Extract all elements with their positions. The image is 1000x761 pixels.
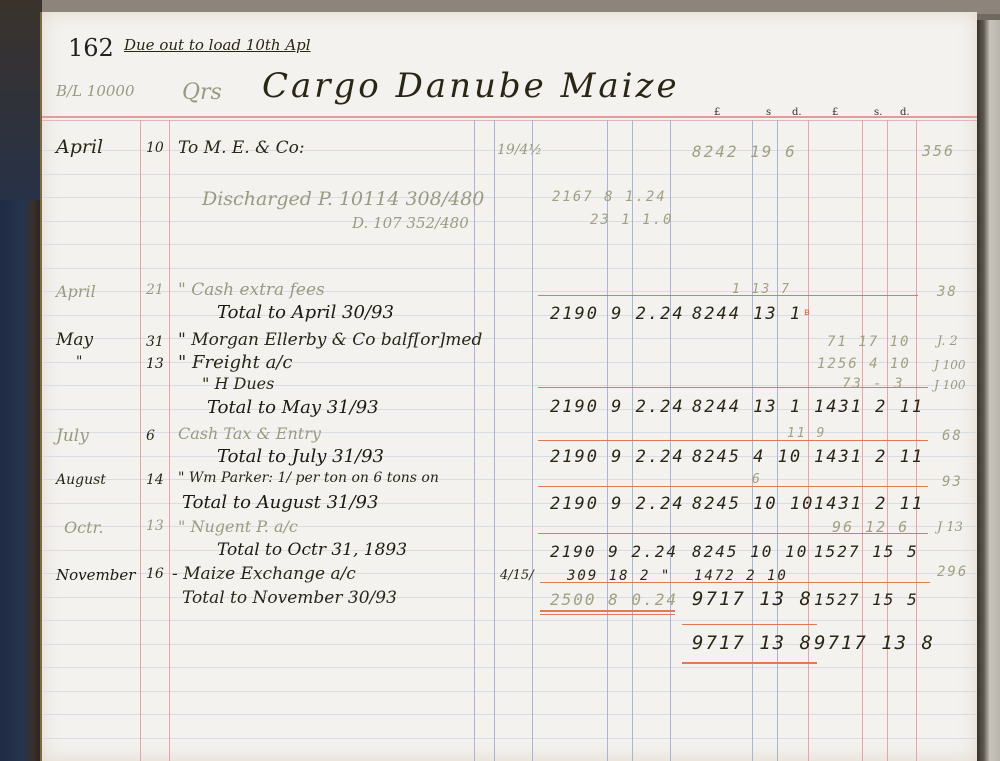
page-number: 162 <box>68 34 114 62</box>
per-label: Qrs <box>182 80 222 105</box>
col-shillings-2: s. <box>874 107 882 118</box>
page-edge <box>975 20 1000 761</box>
load-note: Due out to load 10th Apl <box>124 36 311 54</box>
bill-of-lading: B/L 10000 <box>56 82 135 100</box>
check-mark-icon: ʙ <box>804 307 810 318</box>
col-shillings-1: s <box>766 107 771 118</box>
book-spine-top <box>0 0 42 200</box>
ledger-page: 162 Due out to load 10th Apl B/L 10000 Q… <box>40 12 977 761</box>
col-pence-1: d. <box>792 107 802 118</box>
ledger-title: Cargo Danube Maize <box>262 66 680 106</box>
col-pounds-2: £ <box>832 107 838 118</box>
col-pence-2: d. <box>900 107 910 118</box>
col-pounds-1: £ <box>714 107 720 118</box>
